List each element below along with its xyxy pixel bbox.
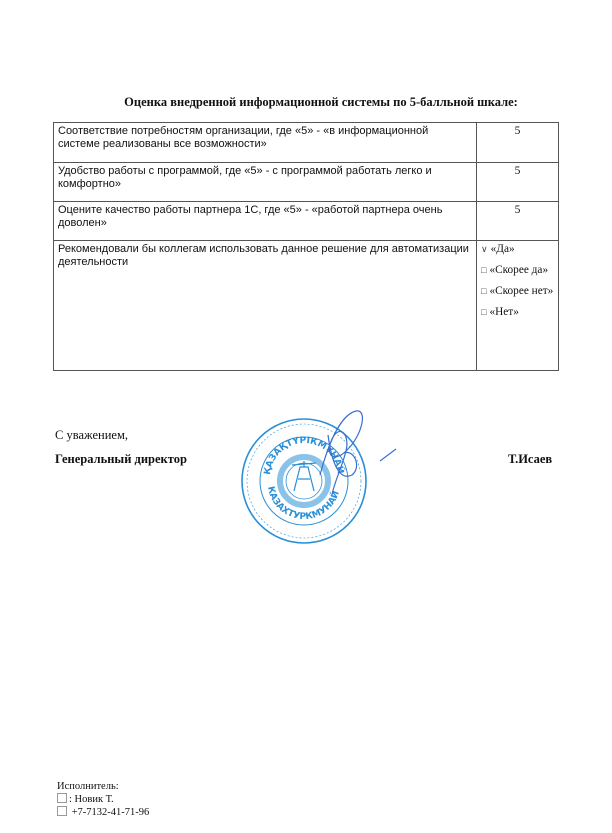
table-row: Соответствие потребностям организации, г… bbox=[54, 123, 559, 163]
signer-name: Т.Исаев bbox=[508, 452, 552, 467]
score-cell: 5 bbox=[477, 163, 559, 202]
executor-name: : Новик Т. bbox=[69, 794, 114, 805]
option-no: □«Нет» bbox=[481, 306, 554, 319]
option-rather-yes: □«Скорее да» bbox=[481, 264, 554, 277]
company-stamp-icon: ҚАЗАҚТҮРІКМҰНАЙ КАЗАХТУРКМУНАЙ bbox=[228, 405, 408, 545]
recommendation-options: ∨«Да» □«Скорее да» □«Скорее нет» □«Нет» bbox=[477, 241, 559, 371]
option-label: «Да» bbox=[491, 243, 515, 255]
score-cell: 5 bbox=[477, 202, 559, 241]
table-row: Удобство работы с программой, где «5» - … bbox=[54, 163, 559, 202]
executor-phone: +7-7132-41-71-96 bbox=[72, 807, 150, 818]
option-label: «Нет» bbox=[489, 306, 518, 318]
checkmark-icon: ∨ bbox=[481, 244, 488, 254]
checkbox-icon: □ bbox=[481, 286, 486, 296]
checkbox-icon: □ bbox=[481, 307, 486, 317]
option-yes: ∨«Да» bbox=[481, 243, 554, 256]
executor-phone-line: +7-7132-41-71-96 bbox=[57, 806, 149, 819]
question-cell: Удобство работы с программой, где «5» - … bbox=[54, 163, 477, 202]
question-cell: Соответствие потребностям организации, г… bbox=[54, 123, 477, 163]
person-icon bbox=[57, 793, 67, 803]
option-rather-no: □«Скорее нет» bbox=[481, 285, 554, 298]
executor-label: Исполнитель: bbox=[57, 781, 149, 793]
document-title: Оценка внедренной информационной системы… bbox=[0, 95, 612, 110]
executor-block: Исполнитель: : Новик Т. +7-7132-41-71-96 bbox=[57, 781, 149, 819]
table-row: Оцените качество работы партнера 1С, где… bbox=[54, 202, 559, 241]
executor-name-line: : Новик Т. bbox=[57, 793, 149, 806]
rating-table: Соответствие потребностям организации, г… bbox=[53, 122, 559, 371]
option-label: «Скорее нет» bbox=[489, 285, 553, 297]
phone-icon bbox=[57, 806, 67, 816]
question-cell: Рекомендовали бы коллегам использовать д… bbox=[54, 241, 477, 371]
closing-greeting: С уважением, bbox=[55, 428, 128, 443]
question-cell: Оцените качество работы партнера 1С, где… bbox=[54, 202, 477, 241]
checkbox-icon: □ bbox=[481, 265, 486, 275]
option-label: «Скорее да» bbox=[489, 264, 548, 276]
signer-position: Генеральный директор bbox=[55, 452, 187, 467]
table-row: Рекомендовали бы коллегам использовать д… bbox=[54, 241, 559, 371]
score-cell: 5 bbox=[477, 123, 559, 163]
